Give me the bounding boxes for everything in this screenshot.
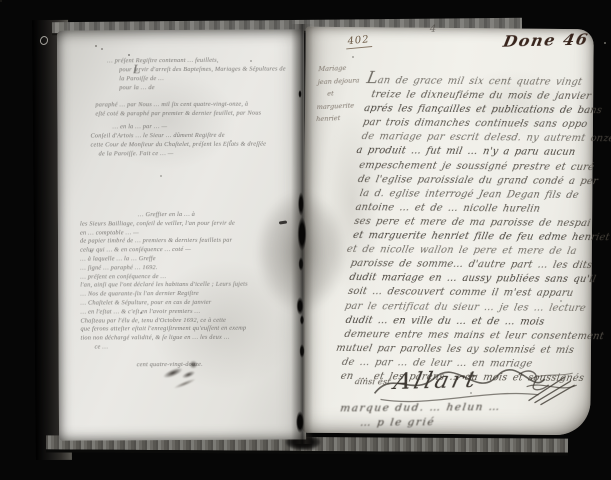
hand-line: a produit … fut mil … n'y a paru aucun — [355, 145, 600, 161]
gutter-ink-blobs — [290, 26, 312, 450]
print-line: eſté coté & paraphé par premier & dernie… — [95, 108, 297, 118]
print-line: pour la … de — [119, 82, 295, 92]
print-line: de la Paroiſſe. Fait ce … — — [99, 148, 299, 158]
print-line: ce … — [95, 342, 302, 352]
manuscript-scan: L … préſent Regiſtre contenant … feuille… — [0, 0, 611, 480]
hand-line: empeschement je soussigné prestre et cur… — [358, 159, 599, 175]
signature-paraph-icon — [524, 371, 578, 407]
print-block-top: L … préſent Regiſtre contenant … feuille… — [107, 55, 295, 98]
scrawl-line: … p le grié — [359, 416, 435, 429]
signature-name: Allart — [391, 367, 481, 395]
print-block-second: paraphé … par Nous … mil ſix cent quatre… — [95, 99, 297, 120]
hand-line: par le certificat du sieur … je les … le… — [343, 300, 586, 316]
top-edge-mark: 4 — [430, 24, 436, 35]
folio-number: 402 — [345, 34, 372, 49]
handwritten-act-text: Lan de grace mil six cent quatre vingt t… — [340, 71, 605, 386]
hand-line: soit … descouvert comme il m'est apparu — [347, 286, 588, 302]
fly-specks — [0, 0, 2, 2]
print-block-third: … en la … par … — Conſeil d'Artois … le … — [90, 121, 298, 162]
done-annotation: Done 46 — [502, 30, 591, 51]
scrawl-line: marque dud. … helun … — [339, 401, 501, 414]
hand-line: Lan de grace mil six cent quatre vingt — [365, 71, 606, 90]
